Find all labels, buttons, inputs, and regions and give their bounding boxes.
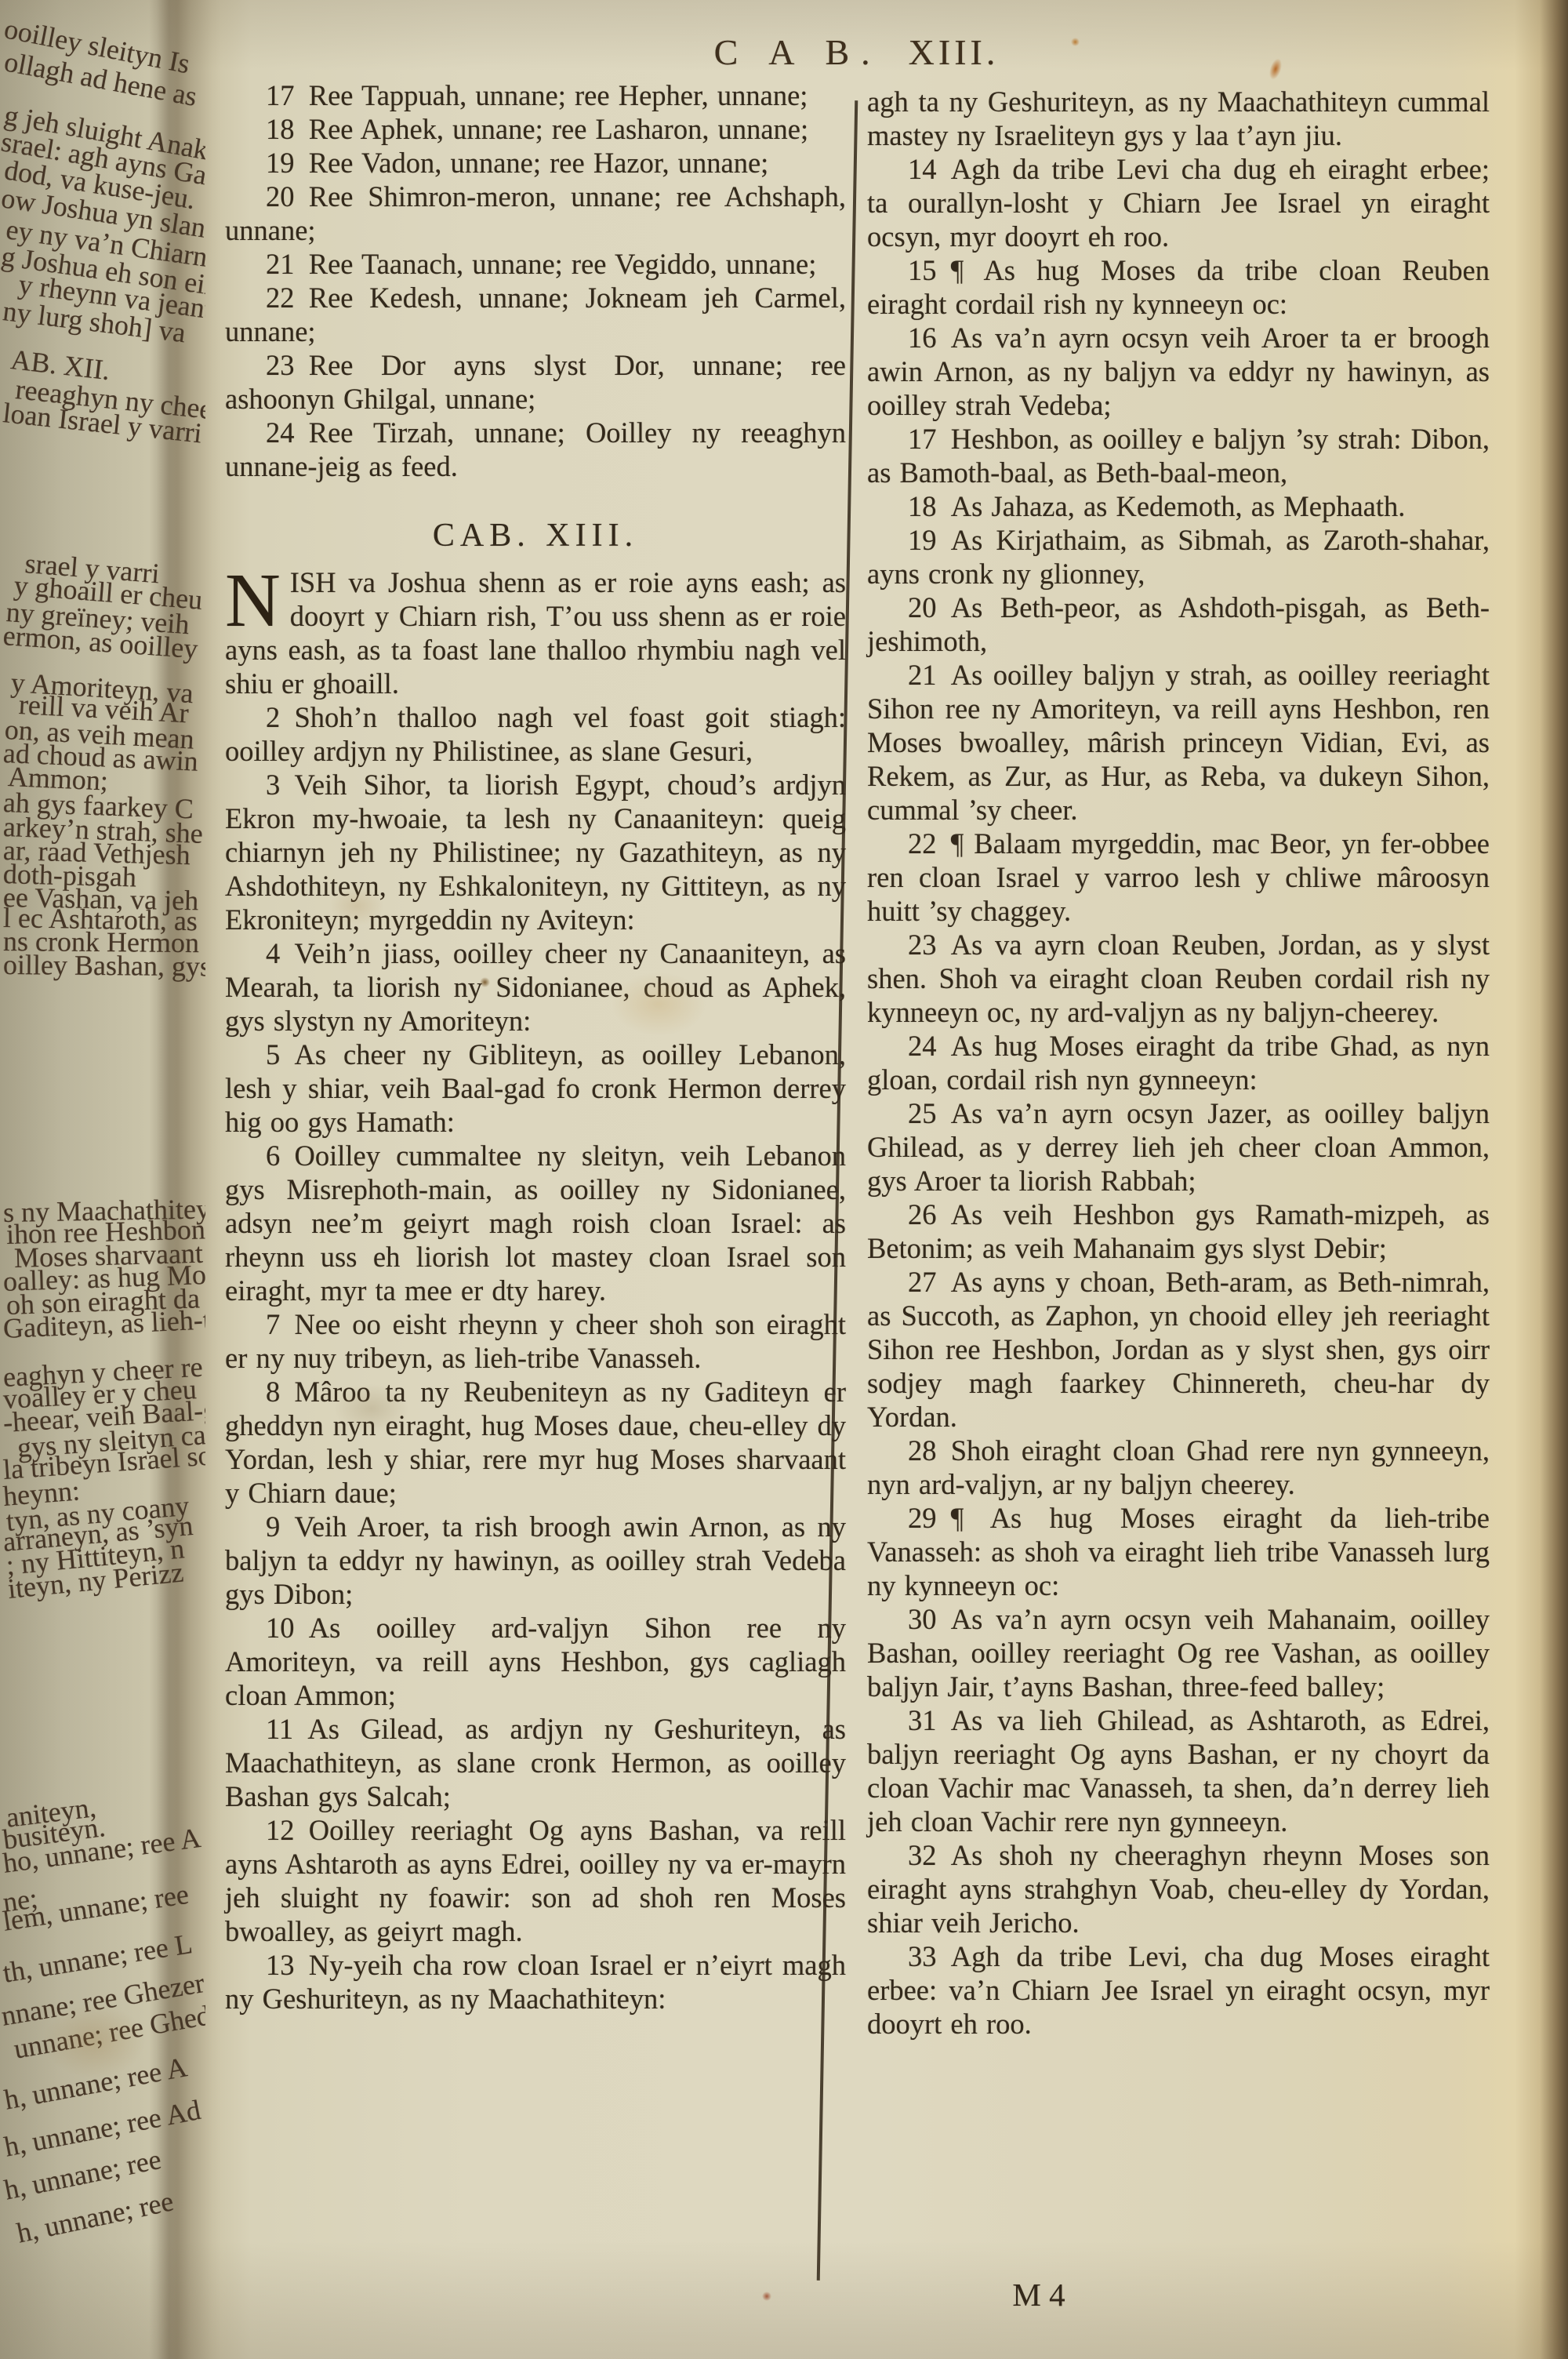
verse-paragraph: 17 Heshbon, as ooilley e baljyn ’sy stra… bbox=[867, 422, 1490, 489]
verse-number: 2 bbox=[266, 701, 280, 733]
verse-number: 29 bbox=[908, 1502, 937, 1534]
verse-number: 33 bbox=[908, 1940, 937, 1972]
drop-cap-initial: N bbox=[225, 570, 281, 631]
verse-paragraph: 29 ¶ As hug Moses eiraght da lieh-tribe … bbox=[867, 1501, 1490, 1602]
verse-paragraph: 19 Ree Vadon, unnane; ree Hazor, unnane; bbox=[225, 146, 846, 180]
verse-paragraph: 20 As Beth-peor, as Ashdoth-pisgah, as B… bbox=[867, 591, 1490, 658]
verse-number: 28 bbox=[908, 1434, 937, 1467]
verse-number: 32 bbox=[908, 1839, 937, 1871]
verse-number: 7 bbox=[266, 1308, 280, 1340]
verse-number: 16 bbox=[908, 322, 937, 354]
verse-number: 17 bbox=[908, 423, 937, 455]
right-text-column: agh ta ny Geshuriteyn, as ny Maachathite… bbox=[867, 85, 1490, 2041]
verse-paragraph: 18 Ree Aphek, unnane; ree Lasharon, unna… bbox=[225, 112, 846, 146]
verse-paragraph: 21 Ree Taanach, unnane; ree Vegiddo, unn… bbox=[225, 247, 846, 281]
verse-number: 4 bbox=[266, 937, 280, 969]
verse-number: 24 bbox=[266, 416, 295, 449]
verse-number: 27 bbox=[908, 1266, 937, 1298]
verse-paragraph: 15 ¶ As hug Moses da tribe cloan Reuben … bbox=[867, 253, 1490, 321]
verse-paragraph: 20 Ree Shimron-meron, unnane; ree Achsha… bbox=[225, 180, 846, 247]
previous-page-text-fragment: oilley Bashan, gys bbox=[3, 951, 205, 980]
verse-number: 18 bbox=[908, 490, 937, 522]
verse-paragraph: 26 As veih Heshbon gys Ramath-mizpeh, as… bbox=[867, 1198, 1490, 1265]
verse-paragraph: 9 Veih Aroer, ta rish broogh awin Arnon,… bbox=[225, 1510, 846, 1611]
verse-number: 20 bbox=[908, 591, 937, 623]
verse-paragraph: 3 Veih Sihor, ta liorish Egypt, choud’s … bbox=[225, 768, 846, 936]
verse-paragraph: 19 As Kirjathaim, as Sibmah, as Zaroth-s… bbox=[867, 523, 1490, 591]
verse-paragraph: 31 As va lieh Ghilead, as Ashtaroth, as … bbox=[867, 1703, 1490, 1838]
verse-paragraph: 14 Agh da tribe Levi cha dug eh eiraght … bbox=[867, 152, 1490, 253]
verse-number: 26 bbox=[908, 1198, 937, 1230]
verse-paragraph: 16 As va’n ayrn ocsyn veih Aroer ta er b… bbox=[867, 321, 1490, 422]
verse-continuation-paragraph: agh ta ny Geshuriteyn, as ny Maachathite… bbox=[867, 85, 1490, 152]
verse-paragraph: 23 As va ayrn cloan Reuben, Jordan, as y… bbox=[867, 928, 1490, 1029]
verse-number: 24 bbox=[908, 1030, 937, 1062]
verse-number: 22 bbox=[266, 282, 295, 314]
verse-paragraph: 4 Veih’n jiass, ooilley cheer ny Canaani… bbox=[225, 936, 846, 1038]
verse-paragraph: 5 As cheer ny Gibliteyn, as ooilley Leba… bbox=[225, 1038, 846, 1139]
verse-number: 30 bbox=[908, 1603, 937, 1635]
verse-paragraph: 7 Nee oo eisht rheynn y cheer shoh son e… bbox=[225, 1307, 846, 1375]
verse-number: 9 bbox=[266, 1510, 280, 1543]
verse-paragraph: 18 As Jahaza, as Kedemoth, as Mephaath. bbox=[867, 489, 1490, 523]
verse-number: 22 bbox=[908, 827, 937, 860]
verse-paragraph: 27 As ayns y choan, Beth-aram, as Beth-n… bbox=[867, 1265, 1490, 1434]
verse-number: 3 bbox=[266, 769, 280, 801]
verse-paragraph: 22 ¶ Balaam myrgeddin, mac Beor, yn fer-… bbox=[867, 827, 1490, 928]
chapter-heading: CAB. XIII. bbox=[225, 519, 846, 553]
verse-paragraph: 8 Mâroo ta ny Reubeniteyn as ny Gaditeyn… bbox=[225, 1375, 846, 1510]
verse-number: 20 bbox=[266, 180, 295, 213]
verse-number: 11 bbox=[266, 1713, 293, 1745]
running-head-chapter: XIII. bbox=[909, 32, 1000, 72]
verse-number: 19 bbox=[908, 524, 937, 556]
verse-number: 12 bbox=[266, 1814, 295, 1846]
verse-number: 21 bbox=[908, 659, 937, 691]
verse-number: 6 bbox=[266, 1140, 280, 1172]
verse-paragraph: 21 As ooilley baljyn y strah, as ooilley… bbox=[867, 658, 1490, 827]
verse-number: 13 bbox=[266, 1949, 295, 1981]
verse-number: 25 bbox=[908, 1097, 937, 1129]
verse-paragraph: 2 Shoh’n thalloo nagh vel foast goit sti… bbox=[225, 700, 846, 768]
verse-paragraph: 30 As va’n ayrn ocsyn veih Mahanaim, ooi… bbox=[867, 1602, 1490, 1703]
verse-number: 17 bbox=[266, 79, 295, 111]
running-head-book: C A B. bbox=[714, 32, 882, 72]
verse-number: 5 bbox=[266, 1038, 280, 1070]
paper-stain bbox=[1267, 57, 1284, 82]
verse-paragraph: 25 As va’n ayrn ocsyn Jazer, as ooilley … bbox=[867, 1096, 1490, 1198]
verse-number: 15 bbox=[908, 254, 937, 286]
verse-paragraph: 17 Ree Tappuah, unnane; ree Hepher, unna… bbox=[225, 78, 846, 112]
previous-page-text-fragment: Gaditeyn, as lieh-t bbox=[2, 1305, 205, 1343]
left-text-column: 17 Ree Tappuah, unnane; ree Hepher, unna… bbox=[225, 78, 846, 2016]
book-page-photo: ooilley sleityn Isollagh ad hene asg jeh… bbox=[0, 0, 1568, 2359]
verse-number: 19 bbox=[266, 147, 295, 179]
verse-number: 31 bbox=[908, 1704, 937, 1736]
verse-paragraph: 23 Ree Dor ayns slyst Dor, unnane; ree a… bbox=[225, 348, 846, 416]
verse-number: 8 bbox=[266, 1376, 280, 1408]
printer-signature: M 4 bbox=[976, 2276, 1102, 2314]
gutter-previous-page-fragments: ooilley sleityn Isollagh ad hene asg jeh… bbox=[0, 0, 205, 2359]
verse-paragraph: 11 As Gilead, as ardjyn ny Geshuriteyn, … bbox=[225, 1712, 846, 1813]
verse-number: 21 bbox=[266, 248, 295, 280]
verse-paragraph: 13 Ny-yeih cha row cloan Israel er n’eiy… bbox=[225, 1948, 846, 2016]
verse-paragraph: 6 Ooilley cummaltee ny sleityn, veih Leb… bbox=[225, 1139, 846, 1307]
verse-number: 14 bbox=[908, 153, 937, 185]
verse-paragraph: 28 Shoh eiraght cloan Ghad rere nyn gynn… bbox=[867, 1434, 1490, 1501]
paper-stain bbox=[762, 2292, 771, 2301]
verse-paragraph: 33 Agh da tribe Levi, cha dug Moses eira… bbox=[867, 1939, 1490, 2041]
verse-number: 18 bbox=[266, 113, 295, 145]
verse-paragraph: 32 As shoh ny cheeraghyn rheynn Moses so… bbox=[867, 1838, 1490, 1939]
verse-number: 23 bbox=[266, 349, 295, 381]
verse-paragraph: 10 As ooilley ard-valjyn Sihon ree ny Am… bbox=[225, 1611, 846, 1712]
verse-paragraph: 24 As hug Moses eiraght da tribe Ghad, a… bbox=[867, 1029, 1490, 1096]
verse-paragraph: 24 Ree Tirzah, unnane; Ooilley ny reeagh… bbox=[225, 416, 846, 483]
verse-number: 10 bbox=[266, 1612, 295, 1644]
verse-number: 23 bbox=[908, 929, 937, 961]
verse-paragraph: 22 Ree Kedesh, unnane; Jokneam jeh Carme… bbox=[225, 281, 846, 348]
running-head: C A B.XIII. bbox=[470, 31, 1243, 73]
verse-paragraph: 12 Ooilley reeriaght Og ayns Bashan, va … bbox=[225, 1813, 846, 1948]
verse-paragraph-dropcap: NISH va Joshua shenn as er roie ayns eas… bbox=[225, 565, 846, 700]
